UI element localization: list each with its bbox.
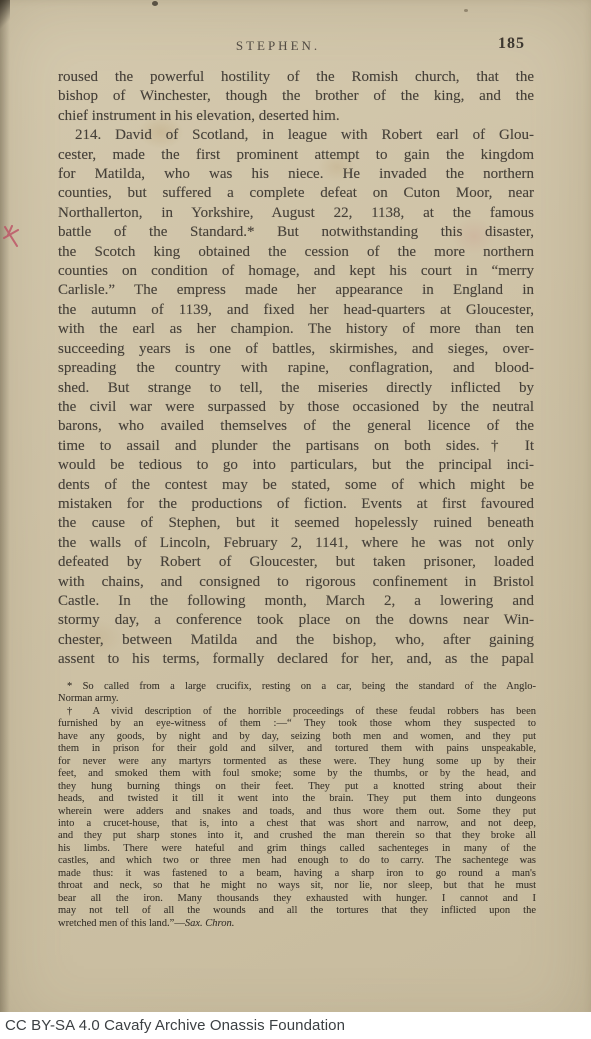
footnote-line: and they put sharp stones into it, and c…	[58, 830, 536, 842]
scanned-book-page: STEPHEN. 185 roused the powerful hostili…	[0, 0, 591, 1039]
text-line: the autumn of 1139, and fixed her head-q…	[58, 301, 534, 320]
footnote-last-text: wretched men of this land.”—	[58, 918, 185, 929]
text-line: dents of the contest may be stated, some…	[58, 476, 534, 495]
text-line: assent to his terms, formally declared f…	[58, 650, 534, 669]
binding-shadow	[0, 0, 10, 1039]
license-caption: CC BY-SA 4.0 Cavafy Archive Onassis Foun…	[5, 1017, 345, 1034]
page-paper: STEPHEN. 185 roused the powerful hostili…	[0, 0, 591, 1039]
footnote-line: heads, and twisted it till it went into …	[58, 793, 536, 805]
text-line: defeated by Robert of Gloucester, but ta…	[58, 553, 534, 572]
footnote-line: for never were any martyrs tormented as …	[58, 756, 536, 768]
text-line: the civil war were surpassed by those oc…	[58, 398, 534, 417]
text-line: roused the powerful hostility of the Rom…	[58, 68, 534, 87]
text-line: stormy day, a conference took place on t…	[58, 611, 534, 630]
footnote-line: they hung burning things on their feet. …	[58, 781, 536, 793]
footnote-line: wherein were adders and snakes and toads…	[58, 806, 536, 818]
scan-corner-shadow	[0, 0, 10, 30]
text-line: succeeding years is one of battles, skir…	[58, 340, 534, 359]
text-line: would be tedious to go into particulars,…	[58, 456, 534, 475]
page-number: 185	[498, 35, 525, 53]
footnote-line: feet, and smoked them with foul smoke; s…	[58, 768, 536, 780]
text-line: the Scotch king obtained the cession of …	[58, 243, 534, 262]
text-line: mistaken for the productions of fiction.…	[58, 495, 534, 514]
license-caption-bar: CC BY-SA 4.0 Cavafy Archive Onassis Foun…	[0, 1012, 591, 1039]
text-line: counties on condition of homage, and kep…	[58, 262, 534, 281]
footnote-line: may not tell of all the wounds and all t…	[58, 905, 536, 917]
text-line: 214. David of Scotland, in league with R…	[58, 126, 534, 145]
text-line: the walls of Lincoln, February 2, 1141, …	[58, 534, 534, 553]
footnote-line: castles, and which two or three men had …	[58, 855, 536, 867]
footnote-line: have any goods, by night and by day, sei…	[58, 731, 536, 743]
footnote-line: them in prison for their gold and silver…	[58, 743, 536, 755]
paper-speck	[152, 1, 158, 6]
footnote-last-line: wretched men of this land.”—Sax. Chron.	[58, 918, 536, 930]
footnote-line: into a crucet-house, that is, into a che…	[58, 818, 536, 830]
text-line: Northallerton, in Yorkshire, August 22, …	[58, 204, 534, 223]
footnote-line: Norman army.	[58, 693, 536, 705]
body-text: roused the powerful hostility of the Rom…	[58, 68, 534, 670]
footnote-line: his limbs. There were hateful and grim t…	[58, 843, 536, 855]
paragraph-214: 214. David of Scotland, in league with R…	[58, 126, 534, 669]
text-line: spreading the country with rapine, confl…	[58, 359, 534, 378]
text-line: shed. But strange to tell, the miseries …	[58, 379, 534, 398]
footnotes: * So called from a large crucifix, resti…	[58, 681, 536, 930]
footnote-citation: Sax. Chron.	[185, 918, 235, 929]
paper-speck	[464, 9, 468, 12]
text-line: time to assail and plunder the partisans…	[58, 437, 534, 456]
footnote-feudal-robbers: † A vivid description of the horrible pr…	[58, 706, 536, 918]
text-line: with chains, and consigned to rigorous c…	[58, 573, 534, 592]
footnote-standard: * So called from a large crucifix, resti…	[58, 681, 536, 706]
paragraph-continuation: roused the powerful hostility of the Rom…	[58, 68, 534, 126]
text-line: chief instrument in his elevation, deser…	[58, 107, 534, 126]
text-line: with the earl as her champion. The histo…	[58, 320, 534, 339]
footnote-line: made thus: it was fastened to a beam, ha…	[58, 868, 536, 880]
footnote-line: bear all the iron. Many thousands they e…	[58, 893, 536, 905]
footnote-line: throat and neck, so that he might no way…	[58, 880, 536, 892]
text-line: barons, who availed themselves of the ge…	[58, 417, 534, 436]
text-line: the cause of Stephen, but it seemed hope…	[58, 514, 534, 533]
text-line: Castle. In the following month, March 2,…	[58, 592, 534, 611]
footnote-line: * So called from a large crucifix, resti…	[58, 681, 536, 693]
text-line: for Matilda, who was his niece. He invad…	[58, 165, 534, 184]
text-line: battle of the Standard.* But notwithstan…	[58, 223, 534, 242]
footnote-line: † A vivid description of the horrible pr…	[58, 706, 536, 718]
text-line: cester, made the first prominent attempt…	[58, 146, 534, 165]
running-title: STEPHEN.	[0, 38, 556, 54]
text-line: counties, but suffered a complete defeat…	[58, 184, 534, 203]
text-line: bishop of Winchester, though the brother…	[58, 87, 534, 106]
footnote-line: furnished by an eye-witness of them :—“ …	[58, 718, 536, 730]
red-asterisk-annotation-icon	[2, 225, 22, 254]
text-line: Carlisle.” The empress made her appearan…	[58, 281, 534, 300]
text-line: chester, between Matilda and the bishop,…	[58, 631, 534, 650]
